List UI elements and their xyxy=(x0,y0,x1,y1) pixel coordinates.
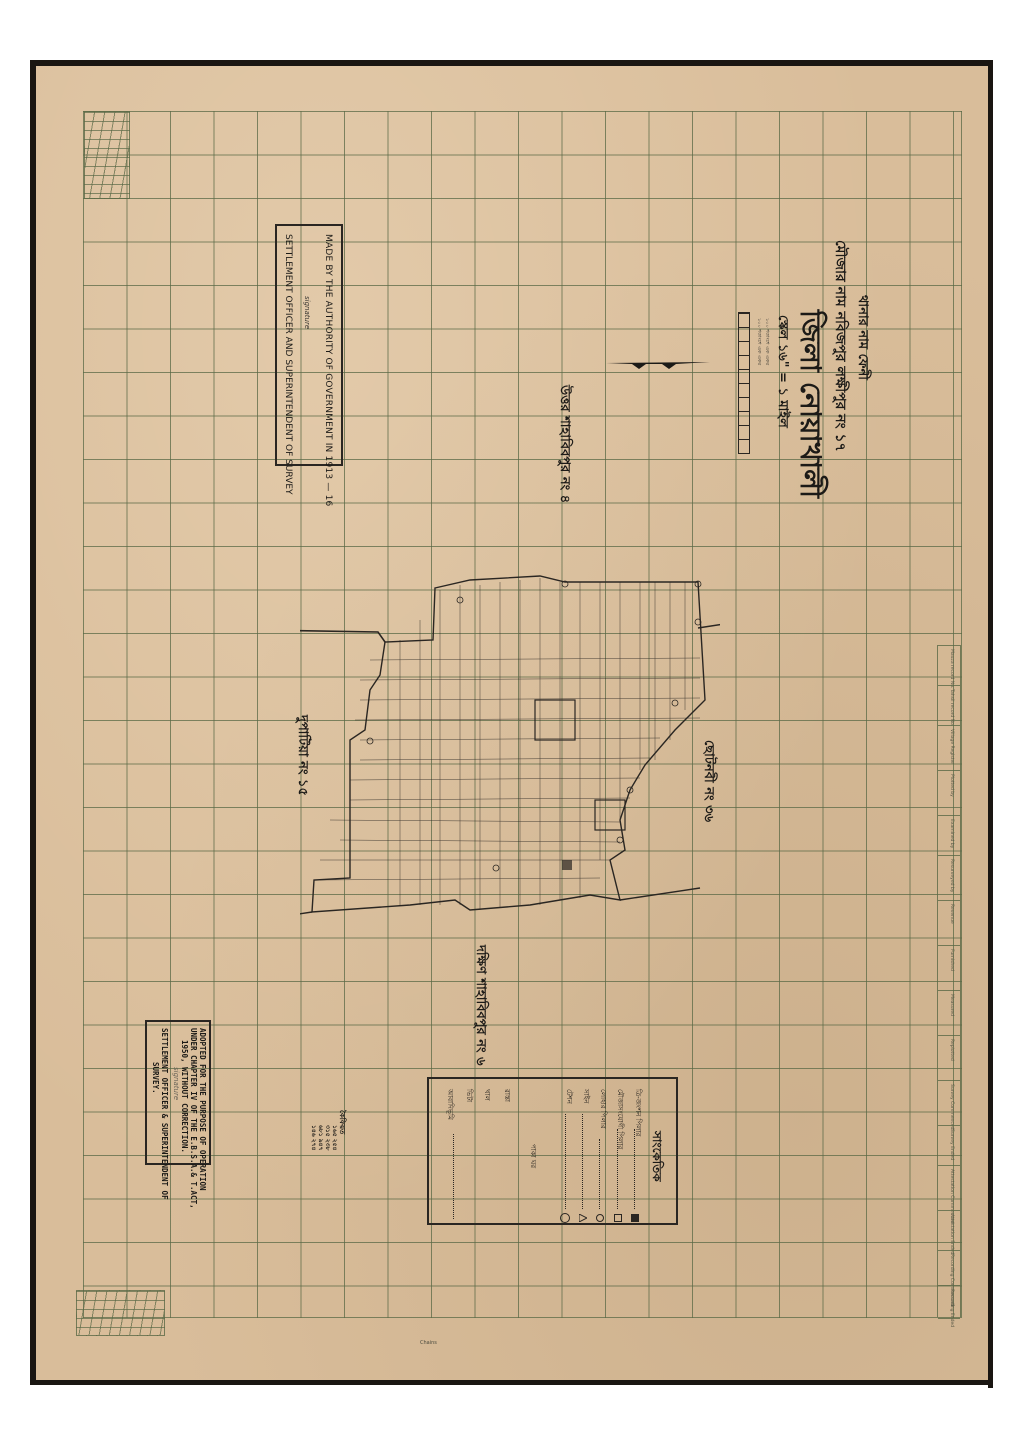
legend-item-iron-pillar: লোহার পিলার xyxy=(597,1089,609,1129)
record-cell: Examined by xyxy=(938,815,960,856)
legend-dotline xyxy=(565,1114,566,1209)
boundary-label-south: দক্ষিণ শাহাবিবপুর নং ৬ xyxy=(469,945,490,1066)
legend-item-station: টেশন xyxy=(563,1089,575,1104)
scale-bar xyxy=(738,312,750,454)
legend-item-boundary-pillar: মৌজাসংযোগী পিলার xyxy=(614,1089,626,1149)
legend-dotline xyxy=(634,1129,635,1209)
diagonal-scale-top-left xyxy=(84,111,130,199)
adopted-box: ADOPTED FOR THE PURPOSE OF OPERATION UND… xyxy=(145,1020,211,1165)
record-cell: Resurveyed by xyxy=(938,855,960,901)
boundary-label-north: উত্তর শাহাবিবপুর নং ৪ xyxy=(553,385,574,503)
record-heading: Examined by xyxy=(949,819,954,848)
legend-item-road: রাস্তা xyxy=(501,1089,513,1102)
record-heading: Revenue xyxy=(949,904,954,924)
pillar-icon xyxy=(596,1214,604,1222)
district-name: জিলা নোয়াখালী xyxy=(785,310,832,498)
record-heading: Plotted by xyxy=(949,774,954,797)
record-heading: Furnished xyxy=(949,949,954,971)
scale-note-2: ১০০ শতাংশে এক একর xyxy=(754,318,762,365)
record-cell: Recording Ended xyxy=(938,1285,960,1319)
legend-item-sign: সাইন xyxy=(580,1089,592,1103)
record-cell: Recording Commenced xyxy=(938,1250,960,1286)
adopted-line-1: ADOPTED FOR THE PURPOSE OF OPERATION xyxy=(198,1028,207,1191)
filled-square-icon xyxy=(631,1214,639,1222)
record-heading: Measured xyxy=(949,994,954,1016)
legend-box: সাংকেতিক ত্রি-জংশন পিলার মৌজাসংযোগী পিলা… xyxy=(427,1077,678,1225)
record-cell: Mauza record No. xyxy=(938,645,960,686)
adopted-line-2: UNDER CHAPTER IV OF THE E.B.S.A.& T.ACT, xyxy=(189,1028,198,1209)
plot-scale-unit: Chains xyxy=(420,1340,437,1346)
record-cell: Attestation Ended xyxy=(938,1210,960,1251)
record-heading: Replotted xyxy=(949,1039,954,1061)
record-cell: Village Register xyxy=(938,725,960,771)
legend-title: সাংকেতিক xyxy=(645,1131,665,1182)
legend-item-canal: খাল xyxy=(481,1089,493,1101)
scale-text: স্কেল ১৬" = ১ মাইল xyxy=(771,315,792,428)
scale-note-1: ১০০ শতাংশে এক একর xyxy=(762,318,770,365)
record-heading: Village Register xyxy=(949,729,954,764)
record-table: Mauza record No. Tahsil record No. Villa… xyxy=(937,645,961,1317)
mauza-plot-map xyxy=(300,560,720,940)
record-heading: Survey Commenced xyxy=(949,1084,954,1129)
triangle-icon xyxy=(579,1214,587,1222)
legend-item-homestead: ভিটা xyxy=(463,1089,475,1102)
record-heading: Survey Ended xyxy=(949,1129,954,1160)
north-arrow-icon xyxy=(606,361,710,371)
circle-icon xyxy=(560,1213,570,1223)
record-heading: Tahsil record No. xyxy=(949,689,954,726)
torn-edge-right xyxy=(988,60,993,1388)
record-cell: Attestation Commenced xyxy=(938,1165,960,1211)
adopted-line-4: SETTLEMENT OFFICER & SUPERINTENDENT OF xyxy=(160,1028,169,1200)
diagonal-scale-bottom-left xyxy=(76,1290,165,1336)
record-cell: Plotted by xyxy=(938,770,960,816)
record-cell: Tahsil record No. xyxy=(938,685,960,726)
record-cell: Measured xyxy=(938,990,960,1036)
record-heading: Resurveyed by xyxy=(949,859,954,892)
legend-dotline xyxy=(453,1134,454,1219)
record-heading: Attestation Ended xyxy=(949,1214,954,1254)
record-heading: Mauza record No. xyxy=(949,649,954,688)
legend-dotline xyxy=(599,1139,600,1209)
legend-item-arable: আবাদিভূমি xyxy=(444,1089,456,1120)
adopted-signature: signature xyxy=(172,1067,180,1100)
torn-edge-top xyxy=(30,60,992,65)
record-cell: Survey Ended xyxy=(938,1125,960,1166)
authority-box: MADE BY THE AUTHORITY OF GOVERNMENT IN 1… xyxy=(275,224,343,466)
authority-text: MADE BY THE AUTHORITY OF GOVERNMENT IN 1… xyxy=(323,234,333,506)
record-cell: Replotted xyxy=(938,1035,960,1081)
authority-signature: signature xyxy=(303,296,311,329)
area-table-row: ১৪৬ ২৭৪ xyxy=(308,1125,319,1150)
square-dot-icon xyxy=(614,1214,622,1222)
legend-note: পাকা ঘর xyxy=(527,1144,539,1168)
legend-dotline xyxy=(582,1114,583,1209)
adopted-line-3: 1950, WITHOUT CORRECTION. xyxy=(180,1040,189,1153)
record-cell: Survey Commenced xyxy=(938,1080,960,1126)
thana-name: থানার নাম ফেনী xyxy=(851,295,872,380)
record-heading: Recording Ended xyxy=(949,1289,954,1327)
legend-dotline xyxy=(617,1129,618,1209)
record-cell: Furnished xyxy=(938,945,960,991)
officer-title: SETTLEMENT OFFICER AND SUPERINTENDENT OF… xyxy=(283,234,293,495)
record-cell: Revenue xyxy=(938,900,960,946)
adopted-line-5: SURVEY. xyxy=(151,1062,160,1094)
